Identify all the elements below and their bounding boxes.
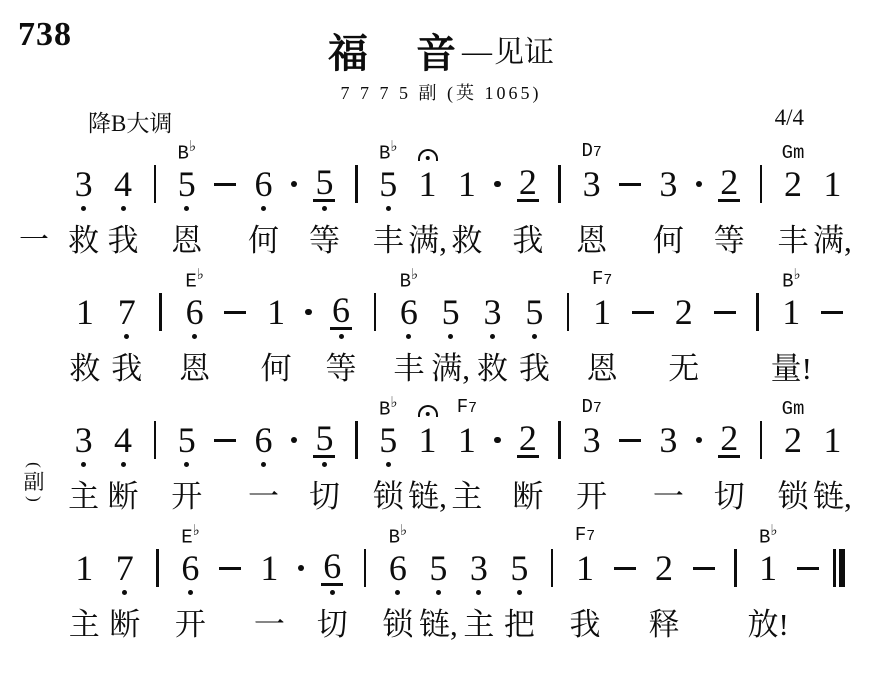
verse-mark: (副) (12, 460, 56, 504)
note-slot: 2 (675, 292, 693, 332)
token-note: D73恩 (572, 140, 611, 260)
glyph: G (782, 398, 793, 420)
barline-icon (154, 165, 157, 203)
token-note: 1链, (408, 396, 447, 516)
note-slot (291, 164, 298, 204)
token-note: 4断 (103, 396, 142, 516)
note-slot: 5 (178, 420, 196, 460)
note-slot (355, 420, 358, 460)
token-dash (788, 524, 826, 644)
duration-dash-icon (214, 439, 236, 442)
barline-icon (156, 549, 159, 587)
lyric-slot: 无 (668, 350, 699, 388)
note-digit: 6 (389, 548, 407, 588)
note-slot: 2 (718, 420, 740, 460)
music-system: 1救7我E♭6恩1何6等B♭6丰5满,3救5我F71恩2无B♭1量! (64, 268, 852, 388)
note-digit: 2 (718, 422, 740, 458)
octave-slot (121, 460, 126, 470)
token-note: 6等 (320, 268, 362, 388)
lyric-slot: 把 (504, 606, 535, 644)
chord-slot: B♭ (389, 524, 407, 548)
lyric-slot: 满, (813, 222, 852, 260)
lyric-char: 主 (451, 478, 482, 516)
lyric-char: 恩 (576, 222, 607, 260)
token-note: B♭1量! (770, 268, 812, 388)
octave-slot (339, 332, 344, 342)
note-slot: 1 (576, 548, 594, 588)
lyric-slot: 主 (463, 606, 494, 644)
note-digit: 3 (659, 420, 677, 460)
chord-slot: B♭ (379, 396, 397, 420)
lyric-slot: 恩 (587, 350, 618, 388)
token-bar (344, 396, 368, 516)
note-slot (619, 420, 641, 460)
lyric-char: 把 (504, 606, 535, 644)
token-note: F71恩 (581, 268, 623, 388)
lyric-slot: 救 (451, 222, 482, 260)
octave-slot (476, 588, 481, 598)
barline-icon (567, 293, 570, 331)
octave-slot (395, 588, 400, 598)
chord-label: Gm (782, 143, 805, 164)
token-note: 1何 (255, 268, 297, 388)
note-slot (494, 164, 501, 204)
lyric-char: 我 (512, 222, 543, 260)
note-digit: 6 (400, 292, 418, 332)
note-slot (154, 420, 157, 460)
token-note: B♭6丰 (388, 268, 430, 388)
chord-slot: E♭ (185, 268, 203, 292)
lyric-slot: 主 (451, 478, 482, 516)
lyric-slot: 救 (69, 350, 100, 388)
duration-dash-icon (614, 567, 636, 570)
glyph: F (457, 396, 468, 418)
octave-dot-icon (490, 334, 495, 339)
note-slot: 2 (784, 164, 802, 204)
token-note: 3救 (472, 268, 514, 388)
lyric-char: 满, (813, 222, 852, 260)
barline-icon (551, 549, 554, 587)
lyric-char: 释 (649, 606, 680, 644)
chord-label: F7 (592, 269, 612, 292)
octave-dot-icon (532, 334, 537, 339)
token-note: B♭5锁 (369, 396, 408, 516)
chord-slot: E♭ (181, 524, 199, 548)
note-digit: 3 (659, 164, 677, 204)
note-slot (156, 548, 159, 588)
lyric-char: 恩 (171, 222, 202, 260)
lyric-char: 锁 (373, 478, 404, 516)
token-final (827, 524, 852, 644)
barline-icon (374, 293, 377, 331)
token-note: 1救 (64, 268, 106, 388)
octave-dot-icon (395, 590, 400, 595)
token-note: B♭1放! (748, 524, 789, 644)
barline-icon (760, 165, 763, 203)
note-digit: 5 (510, 548, 528, 588)
lyric-char: 我 (570, 606, 601, 644)
note-slot: 6 (181, 548, 199, 588)
token-note: 5链, (418, 524, 459, 644)
duration-dash-icon (714, 311, 736, 314)
token-dash (812, 268, 852, 388)
octave-dot-icon (188, 590, 193, 595)
barline-icon (558, 165, 561, 203)
music-system: (副)3主4断5开6一5切B♭5锁1链,F71主2断D73开3一2切Gm2锁1链… (64, 396, 852, 516)
octave-dot-icon (517, 590, 522, 595)
lyric-slot: 我 (570, 606, 601, 644)
note-slot: 4 (114, 164, 132, 204)
lyric-slot: 满, (408, 222, 447, 260)
octave-slot (406, 332, 411, 342)
octave-slot (81, 204, 86, 214)
lyric-slot: 一 (653, 478, 684, 516)
note-slot: 3 (583, 420, 601, 460)
glyph: B (759, 526, 770, 548)
chord-label: D7 (581, 397, 601, 420)
chord-label: F7 (457, 397, 477, 420)
lyric-slot: 一 (248, 478, 279, 516)
barline-icon (760, 421, 763, 459)
token-note: 2我 (508, 140, 547, 260)
token-note: 3主 (64, 396, 103, 516)
note-slot (821, 292, 843, 332)
paren-bottom-icon: ) (29, 496, 39, 502)
octave-dot-icon (448, 334, 453, 339)
octave-dot-icon (184, 462, 189, 467)
token-dot (487, 140, 509, 260)
token-note: 3主 (459, 524, 500, 644)
lyric-char: 链, (813, 478, 852, 516)
note-slot: 1 (593, 292, 611, 332)
octave-slot (490, 332, 495, 342)
token-note: D73开 (572, 396, 611, 516)
token-dot (283, 396, 305, 516)
octave-slot (122, 588, 127, 598)
octave-slot (121, 204, 126, 214)
augmentation-dot-icon (696, 437, 703, 444)
token-dot (297, 268, 320, 388)
token-bar (723, 524, 748, 644)
glyph: 7 (586, 529, 595, 545)
glyph: B (178, 142, 189, 164)
note-slot: 5 (379, 164, 397, 204)
lyric-char: 丰 (393, 350, 424, 388)
note-slot: 3 (75, 164, 93, 204)
octave-slot (81, 460, 86, 470)
chord-label: E♭ (181, 520, 199, 548)
note-slot (696, 164, 703, 204)
lyric-char: 一 (653, 478, 684, 516)
token-note: 1链, (813, 396, 852, 516)
flat-icon: ♭ (400, 522, 407, 539)
flat-icon: ♭ (197, 266, 204, 283)
lyric-slot: 丰 (373, 222, 404, 260)
note-slot: 6 (321, 548, 343, 588)
duration-dash-icon (219, 567, 241, 570)
glyph: m (793, 142, 804, 164)
lyric-slot: 切 (317, 606, 348, 644)
token-note: 5切 (305, 396, 344, 516)
glyph: B (379, 142, 390, 164)
token-dash (611, 396, 648, 516)
token-bar (555, 268, 581, 388)
note-digit: 1 (823, 420, 841, 460)
token-note: 1救 (447, 140, 486, 260)
note-slot: 1 (823, 420, 841, 460)
lyric-slot: 恩 (576, 222, 607, 260)
token-bar (540, 524, 565, 644)
barline-icon (355, 421, 358, 459)
note-slot: 3 (583, 164, 601, 204)
token-bar (145, 524, 170, 644)
note-digit: 1 (419, 420, 437, 460)
token-note: 1满, (813, 140, 852, 260)
lyric-char: 救 (451, 222, 482, 260)
token-note: Gm2丰 (773, 140, 812, 260)
lyric-slot: 切 (309, 478, 340, 516)
chord-slot: Gm (782, 140, 805, 164)
chord-slot: B♭ (782, 268, 800, 292)
token-note: 5等 (305, 140, 344, 260)
token-note: E♭6开 (170, 524, 211, 644)
meter-line: 7 7 7 5 副 (英 1065) (0, 79, 882, 105)
octave-slot (330, 588, 335, 598)
chord-label: E♭ (185, 264, 203, 292)
lyric-slot: 满, (431, 350, 470, 388)
chord-label: B♭ (759, 520, 777, 548)
glyph: D (581, 396, 592, 418)
note-slot: 1 (76, 292, 94, 332)
augmentation-dot-icon (305, 309, 312, 316)
note-slot (494, 420, 501, 460)
note-digit: 4 (114, 164, 132, 204)
note-slot: 6 (400, 292, 418, 332)
barline-icon (558, 421, 561, 459)
glyph: B (782, 270, 793, 292)
lyric-slot: 断 (512, 478, 543, 516)
token-note: 1主 (64, 524, 105, 644)
note-slot: 6 (330, 292, 352, 332)
flat-icon: ♭ (390, 138, 397, 155)
token-dash (215, 268, 255, 388)
note-slot (154, 164, 157, 204)
note-slot (760, 164, 763, 204)
note-slot (734, 548, 737, 588)
token-note: 5我 (513, 268, 555, 388)
note-slot: 2 (718, 164, 740, 204)
token-note: 3救 (64, 140, 103, 260)
lyric-char: 一 (254, 606, 285, 644)
note-slot (305, 292, 312, 332)
note-slot (632, 292, 654, 332)
octave-slot (386, 460, 391, 470)
barline-icon (364, 549, 367, 587)
lyric-slot: 锁 (373, 478, 404, 516)
chord-label: B♭ (379, 136, 397, 164)
note-slot: 5 (510, 548, 528, 588)
note-slot (214, 164, 236, 204)
token-dash (705, 268, 745, 388)
flat-icon: ♭ (390, 394, 397, 411)
note-digit: 4 (114, 420, 132, 460)
token-bar (749, 140, 773, 260)
glyph: 7 (603, 273, 612, 289)
glyph: B (389, 526, 400, 548)
chord-label: B♭ (178, 136, 196, 164)
octave-dot-icon (436, 590, 441, 595)
note-slot: 6 (254, 164, 272, 204)
note-slot: 5 (525, 292, 543, 332)
token-note: Gm2锁 (773, 396, 812, 516)
note-slot: 7 (118, 292, 136, 332)
token-dash (206, 396, 243, 516)
chord-slot: D7 (581, 396, 601, 420)
note-slot: 1 (823, 164, 841, 204)
token-note: 5满, (430, 268, 472, 388)
note-slot (219, 548, 241, 588)
lyric-char: 恩 (587, 350, 618, 388)
note-slot (551, 548, 554, 588)
octave-dot-icon (81, 206, 86, 211)
token-dash (206, 140, 243, 260)
lyric-char: 链, (419, 606, 458, 644)
score: 一3救4我B♭5恩6何5等B♭5丰1满,1救2我D73恩3何2等Gm2丰1满,1… (64, 140, 852, 652)
lyric-char: 一 (248, 478, 279, 516)
token-note: B♭5恩 (167, 140, 206, 260)
augmentation-dot-icon (494, 181, 501, 188)
note-digit: 2 (718, 166, 740, 202)
token-bar (744, 268, 770, 388)
barline-icon (355, 165, 358, 203)
note-slot: 1 (267, 292, 285, 332)
token-note: 1满, (408, 140, 447, 260)
lyric-slot: 等 (326, 350, 357, 388)
lyric-char: 救 (477, 350, 508, 388)
note-digit: 1 (260, 548, 278, 588)
note-slot: 3 (75, 420, 93, 460)
lyric-slot: 链, (813, 478, 852, 516)
lyric-slot: 锁 (382, 606, 413, 644)
glyph: G (782, 142, 793, 164)
note-slot (558, 164, 561, 204)
octave-slot (436, 588, 441, 598)
note-digit: 1 (593, 292, 611, 332)
lyric-slot: 恩 (179, 350, 210, 388)
note-slot: 5 (313, 164, 335, 204)
octave-dot-icon (121, 462, 126, 467)
chord-slot (418, 140, 438, 164)
lyric-char: 丰 (373, 222, 404, 260)
octave-slot (532, 332, 537, 342)
token-note: 7我 (106, 268, 148, 388)
lyric-char: 主 (69, 606, 100, 644)
chord-slot: Gm (782, 396, 805, 420)
token-note: 6切 (312, 524, 353, 644)
note-digit: 5 (178, 420, 196, 460)
note-slot: 2 (517, 164, 539, 204)
lyric-slot: 丰 (393, 350, 424, 388)
music-system: 1主7断E♭6开1一6切B♭6锁5链,3主5把F71我2释B♭1放! (64, 524, 852, 644)
note-slot: 1 (419, 164, 437, 204)
note-digit: 6 (186, 292, 204, 332)
duration-dash-icon (214, 183, 236, 186)
note-digit: 1 (576, 548, 594, 588)
lyric-char: 切 (309, 478, 340, 516)
flat-icon: ♭ (189, 138, 196, 155)
chord-slot: F7 (592, 268, 612, 292)
octave-slot (184, 204, 189, 214)
octave-slot (322, 204, 327, 214)
note-digit: 1 (458, 420, 476, 460)
octave-dot-icon (184, 206, 189, 211)
token-dash (623, 268, 663, 388)
note-slot: 5 (429, 548, 447, 588)
lyric-char: 锁 (382, 606, 413, 644)
note-digit: 5 (442, 292, 460, 332)
token-note: E♭6恩 (174, 268, 216, 388)
augmentation-dot-icon (298, 565, 305, 572)
chord-slot: D7 (581, 140, 601, 164)
octave-slot (448, 332, 453, 342)
verse-mark: 一 (12, 222, 56, 260)
token-note: 2切 (710, 396, 749, 516)
note-slot (756, 292, 759, 332)
final-bar-thick (839, 549, 845, 587)
note-slot (833, 548, 845, 588)
lyric-char: 等 (714, 222, 745, 260)
note-slot (797, 548, 819, 588)
lyric-char: 我 (111, 350, 142, 388)
flat-icon: ♭ (193, 522, 200, 539)
token-note: 2无 (663, 268, 705, 388)
token-dot (688, 140, 710, 260)
octave-slot (184, 460, 189, 470)
token-note: 4我 (103, 140, 142, 260)
lyric-char: 开 (576, 478, 607, 516)
note-digit: 1 (267, 292, 285, 332)
note-slot: 3 (484, 292, 502, 332)
key-row: 降B大调 4/4 (88, 105, 804, 138)
note-slot: 3 (659, 420, 677, 460)
lyric-slot: 我 (519, 350, 550, 388)
lyric-slot: 开 (576, 478, 607, 516)
note-digit: 7 (116, 548, 134, 588)
lyric-slot: 断 (108, 478, 139, 516)
octave-slot (517, 588, 522, 598)
note-slot (714, 292, 736, 332)
token-dot (487, 396, 509, 516)
lyric-slot: 量! (771, 350, 812, 388)
lyric-slot: 恩 (171, 222, 202, 260)
flat-icon: ♭ (793, 266, 800, 283)
lyric-slot: 主 (69, 606, 100, 644)
lyric-char: 无 (668, 350, 699, 388)
note-digit: 2 (517, 166, 539, 202)
octave-dot-icon (261, 206, 266, 211)
note-slot: 5 (379, 420, 397, 460)
barline-icon (756, 293, 759, 331)
token-dash (211, 524, 249, 644)
lyric-slot: 开 (175, 606, 206, 644)
token-note: B♭6锁 (378, 524, 419, 644)
note-digit: 5 (379, 164, 397, 204)
duration-dash-icon (224, 311, 246, 314)
octave-slot (124, 332, 129, 342)
lyric-char: 恩 (179, 350, 210, 388)
lyric-slot: 释 (649, 606, 680, 644)
note-slot: 1 (759, 548, 777, 588)
